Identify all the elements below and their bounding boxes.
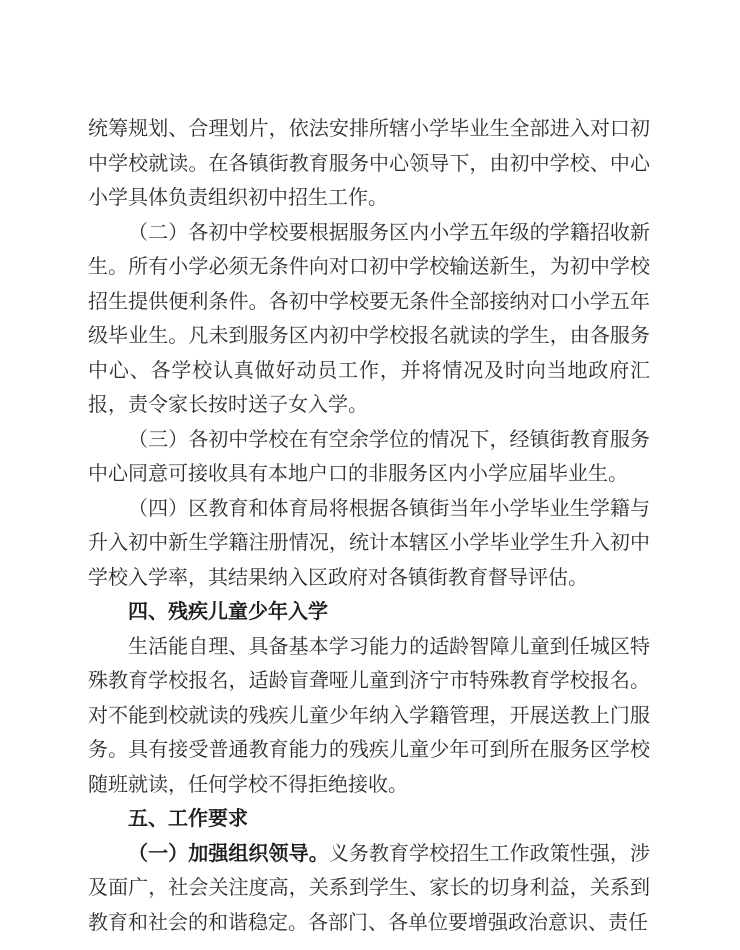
document-page: 统筹规划、合理划片，依法安排所辖小学毕业生全部进入对口初中学校就读。在各镇街教育… <box>0 0 740 950</box>
paragraph-item-4: （四）区教育和体育局将根据各镇街当年小学毕业生学籍与升入初中新生学籍注册情况，统… <box>88 492 650 596</box>
paragraph-continuation: 统筹规划、合理划片，依法安排所辖小学毕业生全部进入对口初中学校就读。在各镇街教育… <box>88 112 650 216</box>
paragraph-item-3: （三）各初中学校在有空余学位的情况下，经镇街教育服务中心同意可接收具有本地户口的… <box>88 423 650 492</box>
paragraph-requirement-1-lead: （一）加强组织领导。 <box>128 843 329 865</box>
paragraph-requirement-1: （一）加强组织领导。义务教育学校招生工作政策性强，涉及面广，社会关注度高，关系到… <box>88 837 650 941</box>
section-heading-4: 四、残疾儿童少年入学 <box>88 595 650 630</box>
paragraph-disability-enrollment: 生活能自理、具备基本学习能力的适龄智障儿童到任城区特殊教育学校报名，适龄盲聋哑儿… <box>88 630 650 803</box>
paragraph-item-2: （二）各初中学校要根据服务区内小学五年级的学籍招收新生。所有小学必须无条件向对口… <box>88 216 650 423</box>
section-heading-5: 五、工作要求 <box>88 802 650 837</box>
